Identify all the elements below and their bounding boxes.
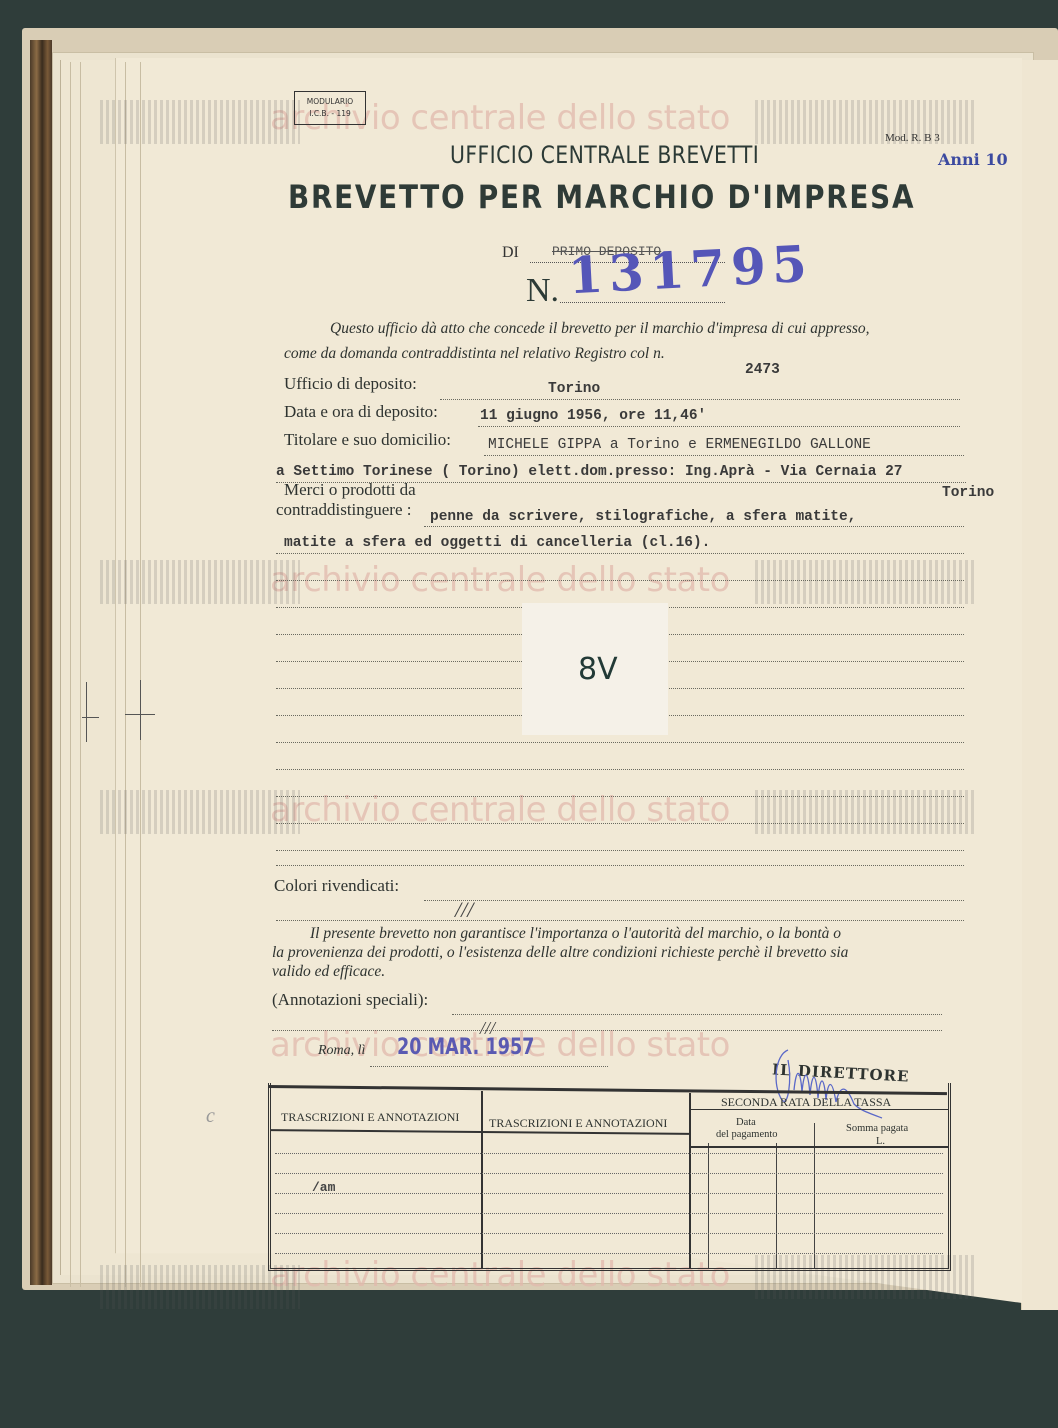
- field-line: [452, 1014, 942, 1015]
- blank-line: [276, 796, 964, 797]
- watermark-logo: [755, 560, 975, 604]
- holder-line-2: a Settimo Torinese ( Torino) elett.dom.p…: [276, 464, 903, 480]
- colors-label: Colori rivendicati:: [274, 876, 399, 896]
- goods-label-1: Merci o prodotti da: [284, 480, 416, 500]
- di-label: DI: [502, 244, 519, 262]
- years-stamp: Anni 10: [938, 150, 1008, 169]
- table-divider: [814, 1123, 815, 1268]
- watermark-logo: [100, 560, 300, 604]
- crop-mark: [86, 682, 87, 742]
- crop-mark: [82, 717, 99, 718]
- annotations-label: (Annotazioni speciali):: [272, 990, 428, 1010]
- issue-date-stamp: 20 MAR. 1957: [397, 1035, 534, 1060]
- col-header-second-installment: SECONDA RATA DELLA TASSA: [721, 1095, 891, 1110]
- binder-spine: [30, 40, 52, 1285]
- colors-value: ///: [455, 897, 473, 923]
- leaf-edge: [80, 62, 81, 1287]
- goods-line-1: penne da scrivere, stilografiche, a sfer…: [430, 509, 856, 525]
- watermark-logo: [100, 790, 300, 834]
- watermark-logo: [100, 1265, 300, 1309]
- col-header-transcriptions-2: TRASCRIZIONI E ANNOTAZIONI: [489, 1116, 667, 1131]
- form-code-box: MODULARIO I.C.B. - 119: [294, 91, 366, 125]
- col-header-amount-1: Somma pagata: [846, 1123, 908, 1134]
- col-header-transcriptions-1: TRASCRIZIONI E ANNOTAZIONI: [281, 1110, 459, 1125]
- table-row: [275, 1153, 943, 1154]
- office-heading: UFFICIO CENTRALE BREVETTI: [450, 141, 759, 169]
- table-divider: [689, 1093, 691, 1268]
- crop-mark: [125, 714, 155, 715]
- table-divider: [708, 1143, 709, 1268]
- office-label: Ufficio di deposito:: [284, 374, 417, 394]
- field-line: [272, 1030, 942, 1031]
- place-label: Roma, lì: [318, 1043, 365, 1059]
- table-divider: [776, 1143, 777, 1268]
- col-header-date-2: del pagamento: [716, 1129, 778, 1140]
- col-header-amount-2: L.: [876, 1136, 885, 1147]
- intro-line-2: come da domanda contraddistinta nel rela…: [284, 345, 665, 363]
- watermark-logo: [100, 100, 300, 144]
- disclaimer-line-1: Il presente brevetto non garantisce l'im…: [310, 925, 841, 943]
- watermark-logo: [755, 100, 975, 144]
- blank-line: [276, 742, 964, 743]
- pencil-margin-note: c: [206, 1105, 215, 1128]
- leaf-edge: [125, 62, 126, 1287]
- form-code-line: MODULARIO: [295, 96, 365, 108]
- mark-code: 8V: [578, 652, 618, 687]
- table-row: [275, 1213, 943, 1214]
- field-line: [424, 526, 964, 527]
- form-code-line: I.C.B. - 119: [295, 108, 365, 120]
- date-label: Data e ora di deposito:: [284, 402, 438, 422]
- holder-line-1: MICHELE GIPPA a Torino e ERMENEGILDO GAL…: [488, 437, 871, 453]
- table-row: [275, 1173, 943, 1174]
- registry-table: TRASCRIZIONI E ANNOTAZIONI TRASCRIZIONI …: [268, 1083, 951, 1271]
- blank-line: [276, 865, 964, 866]
- field-line: [440, 399, 960, 400]
- field-line: [484, 455, 964, 456]
- crop-mark: [140, 680, 141, 740]
- register-number: 2473: [745, 362, 780, 378]
- table-row: [275, 1233, 943, 1234]
- holder-line-3: Torino: [942, 485, 994, 501]
- disclaimer-line-3: valido ed efficace.: [272, 963, 385, 981]
- goods-label-2: contraddistinguere :: [276, 500, 412, 520]
- table-header-rule: [689, 1146, 948, 1148]
- clerk-initials: /am: [312, 1180, 335, 1195]
- field-line: [370, 1066, 608, 1067]
- leaf-edge: [70, 62, 71, 1287]
- disclaimer-line-2: la provenienza dei prodotti, o l'esisten…: [272, 944, 848, 962]
- holder-label: Titolare e suo domicilio:: [284, 430, 451, 450]
- table-divider: [481, 1091, 483, 1268]
- table-row: [275, 1253, 943, 1254]
- col-header-date-1: Data: [736, 1117, 756, 1128]
- field-line: [276, 553, 964, 554]
- model-ref: Mod. R. B 3: [885, 132, 940, 144]
- office-value: Torino: [548, 381, 600, 397]
- blank-line: [276, 769, 964, 770]
- blank-line: [276, 580, 964, 581]
- field-line: [424, 900, 964, 901]
- goods-line-2: matite a sfera ed oggetti di cancelleria…: [284, 535, 710, 551]
- next-page-edge: [1021, 60, 1058, 1310]
- blank-line: [276, 823, 964, 824]
- intro-line-1: Questo ufficio dà atto che concede il br…: [330, 320, 870, 338]
- number-label: N.: [526, 272, 559, 310]
- leaf-edge: [140, 62, 141, 1287]
- table-row: [275, 1193, 943, 1194]
- date-value: 11 giugno 1956, ore 11,46': [480, 408, 706, 424]
- blank-line: [276, 850, 964, 851]
- document-title: BREVETTO PER MARCHIO D'IMPRESA: [288, 178, 915, 216]
- field-line: [276, 920, 964, 921]
- field-line: [478, 426, 960, 427]
